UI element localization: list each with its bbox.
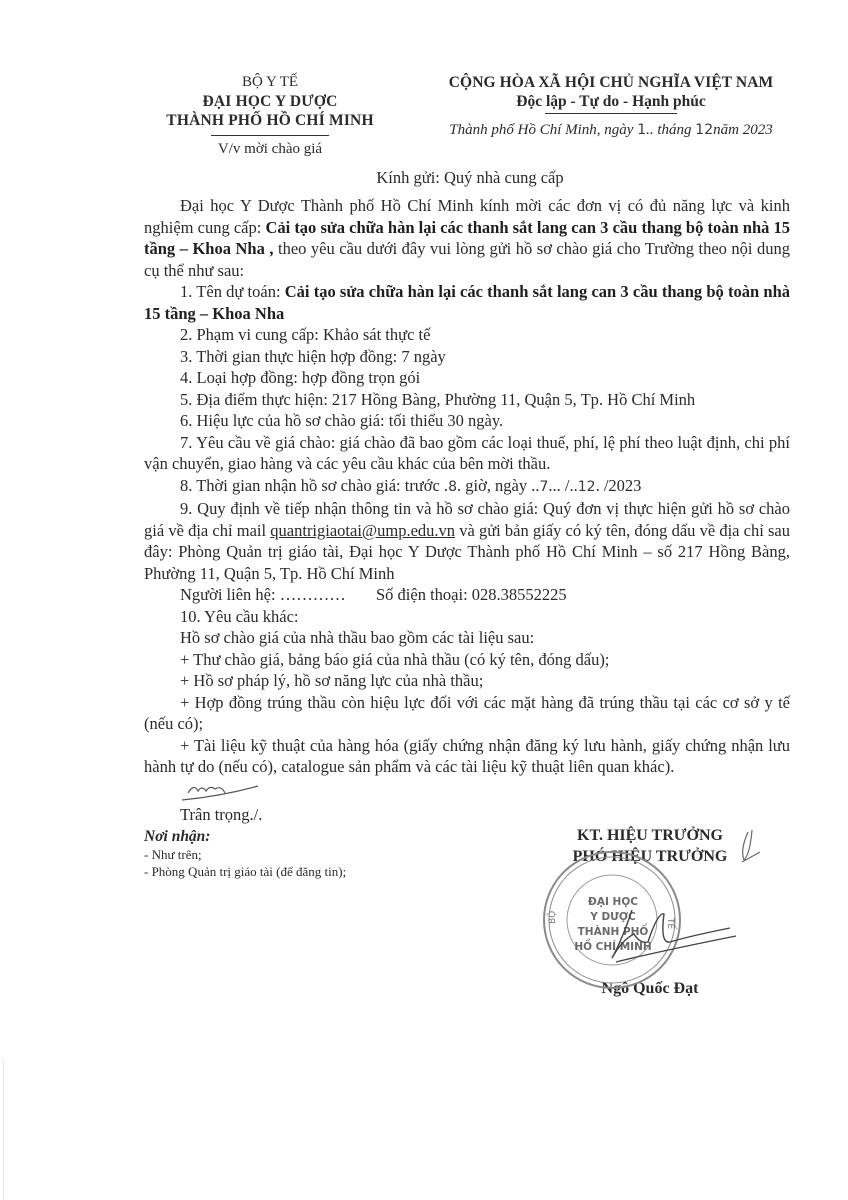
item-6: 6. Hiệu lực của hồ sơ chào giá: tối thiể… [144, 410, 790, 432]
deadline-month-handwritten: 12 [578, 479, 596, 495]
item-4: 4. Loại hợp đồng: hợp đồng trọn gói [144, 367, 790, 389]
closing-regards: Trân trọng./. [180, 805, 262, 825]
item-8-mid: . giờ, ngày .. [457, 476, 540, 495]
deadline-hour-handwritten: 8 [448, 479, 457, 495]
item-3: 3. Thời gian thực hiện hợp đồng: 7 ngày [144, 346, 790, 368]
date-prefix: Thành phố Hồ Chí Minh, ngày [449, 122, 637, 138]
item-10-a: + Thư chào giá, bảng báo giá của nhà thầ… [144, 649, 790, 671]
date-month-handwritten: 12 [695, 122, 713, 138]
date-suffix: năm 2023 [713, 122, 773, 138]
stamp-side-right: TẾ [665, 917, 677, 929]
item-9: 9. Quy định về tiếp nhận thông tin và hồ… [144, 498, 790, 584]
item-8: 8. Thời gian nhận hồ sơ chào giá: trước … [144, 475, 790, 499]
email-link[interactable]: quantrigiaotai@ump.edu.vn [270, 521, 455, 540]
item-10: 10. Yêu cầu khác: [144, 606, 790, 628]
recipient-item: - Như trên; [144, 846, 346, 863]
issuer-header: BỘ Y TẾ ĐẠI HỌC Y DƯỢC THÀNH PHỐ HỒ CHÍ … [150, 73, 390, 159]
recipients-title: Nơi nhận: [144, 827, 346, 846]
date-day-handwritten: 1 [637, 122, 646, 138]
stamp-line: THÀNH PHỐ [563, 925, 663, 940]
contact-phone: Số điện thoại: 028.38552225 [376, 584, 567, 606]
date-mid: .. tháng [646, 122, 695, 138]
recipient-item: - Phòng Quản trị giáo tài (để đăng tin); [144, 863, 346, 880]
stamp-line: HỒ CHÍ MINH [563, 940, 663, 955]
item-5: 5. Địa điểm thực hiện: 217 Hồng Bàng, Ph… [144, 389, 790, 411]
university-name-line2: THÀNH PHỐ HỒ CHÍ MINH [150, 111, 390, 130]
stamp-text: ĐẠI HỌC Y DƯỢC THÀNH PHỐ HỒ CHÍ MINH [563, 895, 663, 955]
item-10-intro: Hồ sơ chào giá của nhà thầu bao gồm các … [144, 627, 790, 649]
item-2: 2. Phạm vi cung cấp: Khảo sát thực tế [144, 324, 790, 346]
item-8-prefix: 8. Thời gian nhận hồ sơ chào giá: trước … [180, 476, 448, 495]
document-date: Thành phố Hồ Chí Minh, ngày 1.. tháng 12… [425, 120, 797, 140]
document-subject: V/v mời chào giá [150, 140, 390, 159]
item-1: 1. Tên dự toán: Cải tạo sửa chữa hàn lại… [144, 281, 790, 324]
scan-edge [3, 1060, 4, 1200]
item-7: 7. Yêu cầu về giá chào: giá chào đã bao … [144, 432, 790, 475]
national-motto: Độc lập - Tự do - Hạnh phúc [425, 92, 797, 111]
contact-person: Người liên hệ: ………… [180, 584, 376, 606]
salutation: Kính gửi: Quý nhà cung cấp [150, 168, 790, 188]
item-10-b: + Hồ sơ pháp lý, hồ sơ năng lực của nhà … [144, 670, 790, 692]
intro-paragraph: Đại học Y Dược Thành phố Hồ Chí Minh kín… [144, 195, 790, 281]
item-1-label: 1. Tên dự toán: [180, 282, 285, 301]
stamp-line: Y DƯỢC [563, 910, 663, 925]
motto-rule [545, 113, 677, 114]
nation-title: CỘNG HÒA XÃ HỘI CHỦ NGHĨA VIỆT NAM [425, 73, 797, 92]
item-8-mid2: ... /.. [548, 476, 577, 495]
letter-body: Đại học Y Dược Thành phố Hồ Chí Minh kín… [144, 195, 790, 778]
national-header: CỘNG HÒA XÃ HỘI CHỦ NGHĨA VIỆT NAM Độc l… [425, 73, 797, 140]
header-rule [211, 135, 329, 136]
recipients-block: Nơi nhận: - Như trên; - Phòng Quản trị g… [144, 827, 346, 880]
item-10-c: + Hợp đồng trúng thầu còn hiệu lực đối v… [144, 692, 790, 735]
item-8-suffix: . /2023 [596, 476, 642, 495]
signer-title-1: KT. HIỆU TRƯỞNG [530, 825, 770, 846]
item-10-d: + Tài liệu kỹ thuật của hàng hóa (giấy c… [144, 735, 790, 778]
university-name-line1: ĐẠI HỌC Y DƯỢC [150, 92, 390, 111]
ministry-name: BỘ Y TẾ [150, 73, 390, 92]
stamp-line: ĐẠI HỌC [563, 895, 663, 910]
contact-row: Người liên hệ: ………… Số điện thoại: 028.3… [144, 584, 790, 606]
stamp-side-left: BỘ [546, 911, 558, 924]
